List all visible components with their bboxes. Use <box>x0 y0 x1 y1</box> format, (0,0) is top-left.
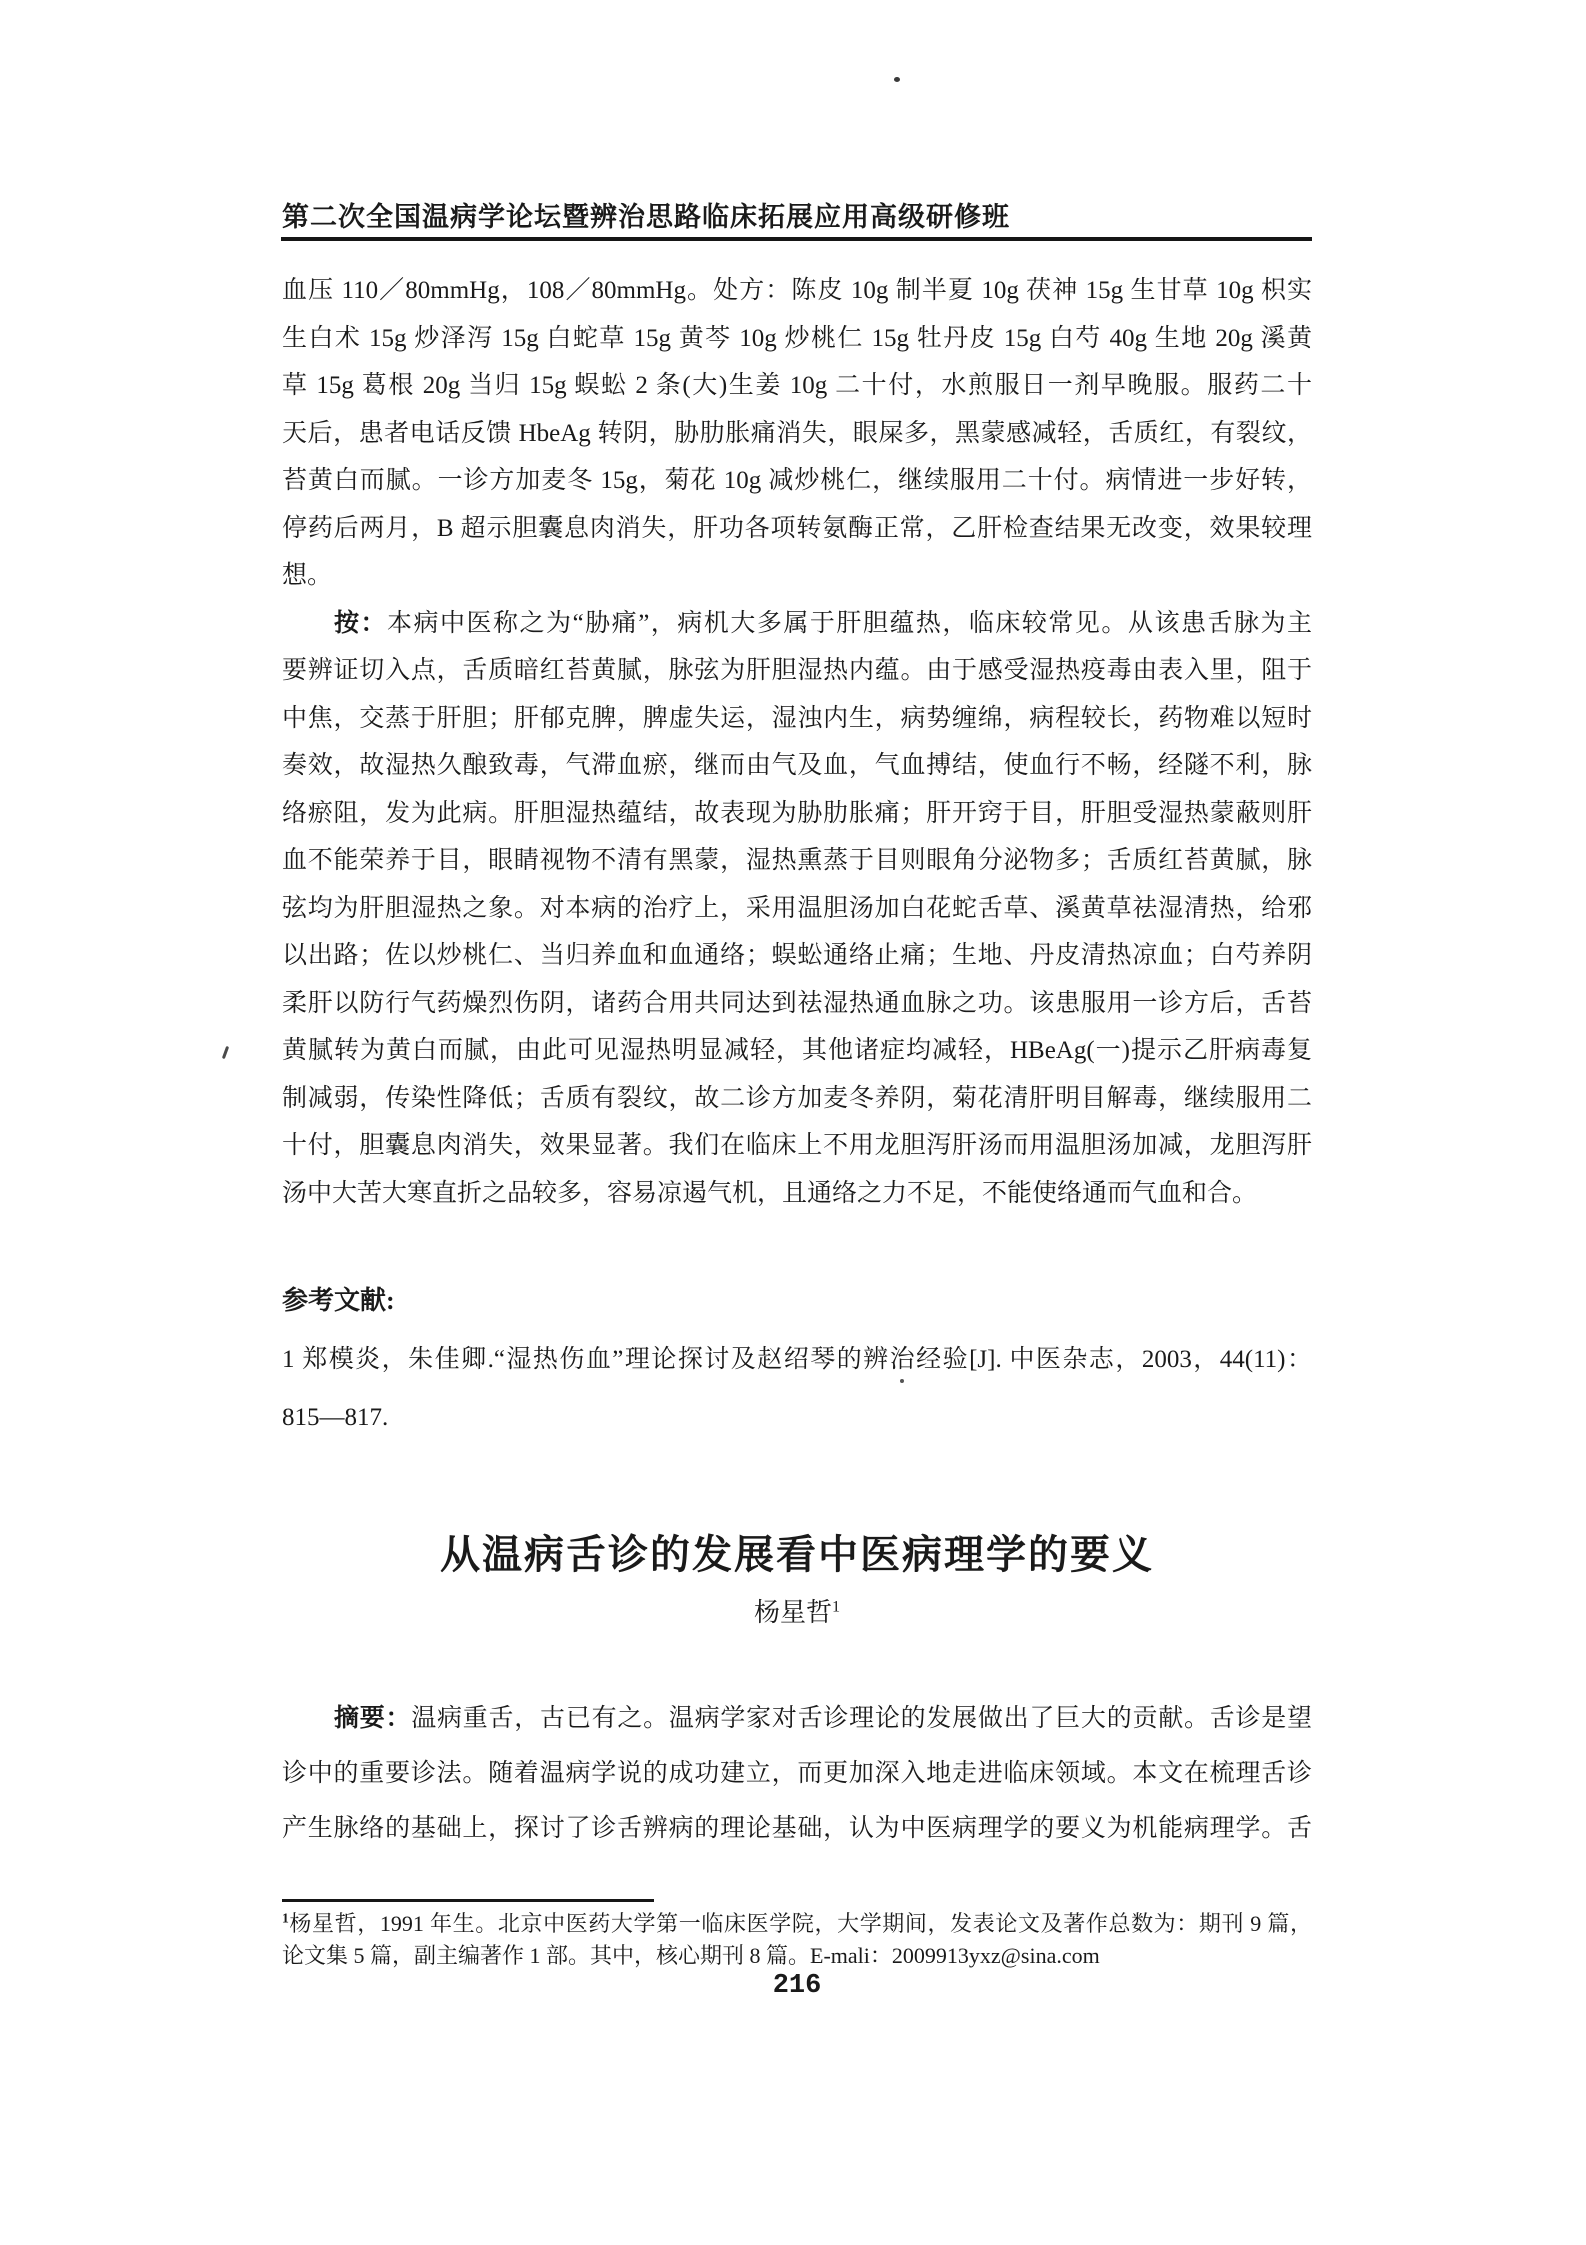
text-line: 血压 110／80mmHg，108／80mmHg。处方：陈皮 10g 制半夏 1… <box>282 267 1312 315</box>
text-line: 苔黄白而腻。一诊方加麦冬 15g，菊花 10g 减炒桃仁，继续服用二十付。病情进… <box>282 457 1312 505</box>
note-first-line: 按：本病中医称之为“胁痛”，病机大多属于肝胆蕴热，临床较常见。从该患舌脉为主 <box>282 600 1312 648</box>
references-list: 1 郑模炎，朱佳卿.“湿热伤血”理论探讨及赵绍琴的辨治经验[J]. 中医杂志，2… <box>282 1331 1312 1447</box>
text-line: 黄腻转为黄白而腻，由此可见湿热明显减轻，其他诸症均减轻，HBeAg(一)提示乙肝… <box>282 1027 1312 1075</box>
text-line: 想。 <box>282 552 1312 600</box>
reference-line: 815—817. <box>282 1389 1312 1447</box>
text-line: 络瘀阻，发为此病。肝胆湿热蕴结，故表现为胁肋胀痛；肝开窍于目，肝胆受湿热蒙蔽则肝 <box>282 790 1312 838</box>
text-line: 以出路；佐以炒桃仁、当归养血和血通络；蜈蚣通络止痛；生地、丹皮清热凉血；白芍养阴 <box>282 932 1312 980</box>
footnote-rule <box>282 1899 654 1902</box>
footnote-marker: 1 <box>282 1911 289 1926</box>
author-name: 杨星哲 <box>754 1598 832 1627</box>
conference-header: 第二次全国温病学论坛暨辨治思路临床拓展应用高级研修班 <box>282 199 1312 235</box>
note-lead: 按： <box>334 610 387 637</box>
article-author: 杨星哲1 <box>282 1596 1312 1630</box>
text-line: 生白术 15g 炒泽泻 15g 白蛇草 15g 黄芩 10g 炒桃仁 15g 牡… <box>282 315 1312 363</box>
text-line: 弦均为肝胆湿热之象。对本病的治疗上，采用温胆汤加白花蛇舌草、溪黄草祛湿清热，给邪 <box>282 885 1312 933</box>
case-report-text: 血压 110／80mmHg，108／80mmHg。处方：陈皮 10g 制半夏 1… <box>282 267 1312 1217</box>
text-line: 草 15g 葛根 20g 当归 15g 蜈蚣 2 条(大)生姜 10g 二十付，… <box>282 362 1312 410</box>
scan-artifact <box>900 1379 904 1383</box>
abstract-line: 产生脉络的基础上，探讨了诊舌辨病的理论基础，认为中医病理学的要义为机能病理学。舌 <box>282 1801 1312 1856</box>
abstract-first-line: 摘要：温病重舌，古已有之。温病学家对舌诊理论的发展做出了巨大的贡献。舌诊是望 <box>282 1691 1312 1746</box>
text-line: 制减弱，传染性降低；舌质有裂纹，故二诊方加麦冬养阴，菊花清肝明目解毒，继续服用二 <box>282 1075 1312 1123</box>
scan-artifact <box>222 1046 229 1059</box>
text-line: 血不能荣养于目，眼睛视物不清有黑蒙，湿热熏蒸于目则眼角分泌物多；舌质红苔黄腻，脉 <box>282 837 1312 885</box>
note-lead-rest: 本病中医称之为“胁痛”，病机大多属于肝胆蕴热，临床较常见。从该患舌脉为主 <box>387 610 1312 637</box>
document-page: 第二次全国温病学论坛暨辨治思路临床拓展应用高级研修班 血压 110／80mmHg… <box>0 0 1586 2245</box>
text-line: 奏效，故湿热久酿致毒，气滞血瘀，继而由气及血，气血搏结，使血行不畅，经隧不利，脉 <box>282 742 1312 790</box>
scan-artifact <box>894 77 900 82</box>
text-line: 停药后两月，B 超示胆囊息肉消失，肝功各项转氨酶正常，乙肝检查结果无改变，效果较… <box>282 505 1312 553</box>
text-line: 中焦，交蒸于肝胆；肝郁克脾，脾虚失运，湿浊内生，病势缠绵，病程较长，药物难以短时 <box>282 695 1312 743</box>
footnote-text: 杨星哲，1991 年生。北京中医药大学第一临床医学院，大学期间，发表论文及著作总… <box>289 1911 1312 1936</box>
article-title: 从温病舌诊的发展看中医病理学的要义 <box>282 1529 1312 1581</box>
text-line: 柔肝以防行气药燥烈伤阴，诸药合用共同达到祛湿热通血脉之功。该患服用一诊方后，舌苔 <box>282 980 1312 1028</box>
abstract-block: 摘要：温病重舌，古已有之。温病学家对舌诊理论的发展做出了巨大的贡献。舌诊是望 诊… <box>282 1691 1312 1856</box>
page-number: 216 <box>282 1969 1312 2003</box>
abstract-lead-rest: 温病重舌，古已有之。温病学家对舌诊理论的发展做出了巨大的贡献。舌诊是望 <box>411 1705 1312 1732</box>
text-line: 要辨证切入点，舌质暗红苔黄腻，脉弦为肝胆湿热内蕴。由于感受湿热疫毒由表入里，阻于 <box>282 647 1312 695</box>
header-rule <box>281 237 1312 241</box>
abstract-lead: 摘要： <box>334 1705 411 1732</box>
text-line: 天后，患者电话反馈 HbeAg 转阴，胁肋胀痛消失，眼屎多，黑蒙感减轻，舌质红，… <box>282 410 1312 458</box>
footnote-line: 1杨星哲，1991 年生。北京中医药大学第一临床医学院，大学期间，发表论文及著作… <box>282 1908 1312 1940</box>
footnote-block: 1杨星哲，1991 年生。北京中医药大学第一临床医学院，大学期间，发表论文及著作… <box>282 1908 1312 1972</box>
references-heading: 参考文献: <box>282 1284 395 1318</box>
text-line: 汤中大苦大寒直折之品较多，容易凉遏气机，且通络之力不足，不能使络通而气血和合。 <box>282 1170 1312 1218</box>
author-superscript-marker: 1 <box>832 1598 840 1615</box>
reference-line: 1 郑模炎，朱佳卿.“湿热伤血”理论探讨及赵绍琴的辨治经验[J]. 中医杂志，2… <box>282 1331 1312 1389</box>
abstract-line: 诊中的重要诊法。随着温病学说的成功建立，而更加深入地走进临床领域。本文在梳理舌诊 <box>282 1746 1312 1801</box>
text-line: 十付，胆囊息肉消失，效果显著。我们在临床上不用龙胆泻肝汤而用温胆汤加减，龙胆泻肝 <box>282 1122 1312 1170</box>
footnote-line: 论文集 5 篇，副主编著作 1 部。其中，核心期刊 8 篇。E-mali：200… <box>282 1940 1312 1972</box>
